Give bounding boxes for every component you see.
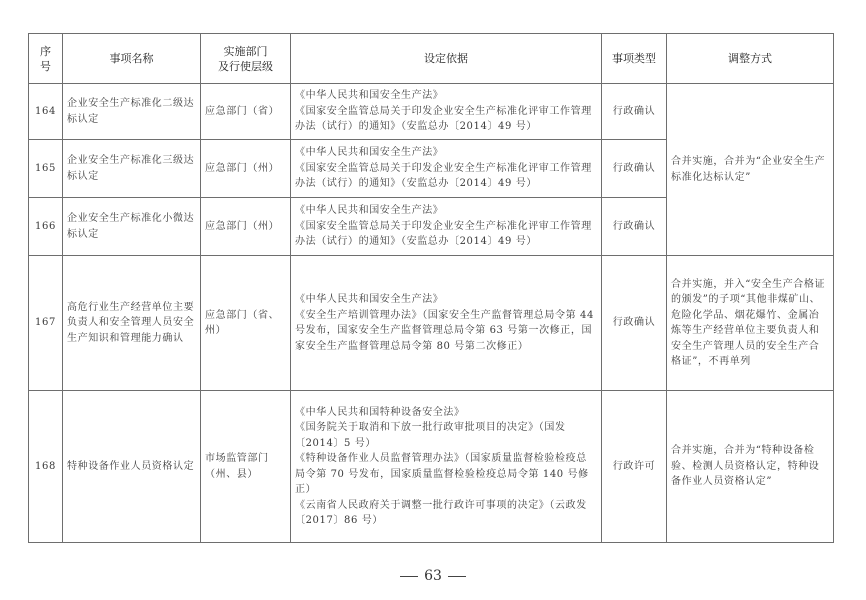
item-type: 行政确认 <box>602 140 667 198</box>
header-num: 序号 <box>29 34 63 84</box>
item-basis: 《中华人民共和国安全生产法》 《国家安全监管总局关于印发企业安全生产标准化评审工… <box>291 198 602 256</box>
item-type: 行政确认 <box>602 198 667 256</box>
table-row: 164 企业安全生产标准化二级达标认定 应急部门（省） 《中华人民共和国安全生产… <box>29 84 834 140</box>
header-basis: 设定依据 <box>291 34 602 84</box>
header-name: 事项名称 <box>63 34 201 84</box>
table-row: 167 高危行业生产经营单位主要负责人和安全管理人员安全生产知识和管理能力确认 … <box>29 256 834 391</box>
item-name: 高危行业生产经营单位主要负责人和安全管理人员安全生产知识和管理能力确认 <box>63 256 201 391</box>
item-name: 企业安全生产标准化三级达标认定 <box>63 140 201 198</box>
item-type: 行政确认 <box>602 256 667 391</box>
item-dept: 应急部门（省、州） <box>201 256 291 391</box>
item-name: 企业安全生产标准化二级达标认定 <box>63 84 201 140</box>
item-dept: 应急部门（省） <box>201 84 291 140</box>
page-number: 63 <box>424 568 442 584</box>
header-row: 序号 事项名称 实施部门及行使层级 设定依据 事项类型 调整方式 <box>29 34 834 84</box>
item-basis: 《中华人民共和国安全生产法》 《国家安全监管总局关于印发企业安全生产标准化评审工… <box>291 84 602 140</box>
item-type: 行政许可 <box>602 391 667 543</box>
item-adjust: 合并实施，并入“安全生产合格证的颁发”的子项“其他非煤矿山、危险化学品、烟花爆竹… <box>667 256 834 391</box>
item-name: 企业安全生产标准化小微达标认定 <box>63 198 201 256</box>
page-footer: 63 <box>0 568 866 584</box>
row-number: 164 <box>29 84 63 140</box>
item-adjust: 合并实施，合并为“特种设备检验、检测人员资格认定，特种设备作业人员资格认定” <box>667 391 834 543</box>
row-number: 167 <box>29 256 63 391</box>
item-basis: 《中华人民共和国安全生产法》 《国家安全监管总局关于印发企业安全生产标准化评审工… <box>291 140 602 198</box>
item-dept: 市场监管部门（州、县） <box>201 391 291 543</box>
header-dept: 实施部门及行使层级 <box>201 34 291 84</box>
item-dept: 应急部门（州） <box>201 198 291 256</box>
items-table: 序号 事项名称 实施部门及行使层级 设定依据 事项类型 调整方式 164 企业安… <box>28 33 834 543</box>
item-name: 特种设备作业人员资格认定 <box>63 391 201 543</box>
row-number: 165 <box>29 140 63 198</box>
item-adjust-merged: 合并实施，合并为“企业安全生产标准化达标认定” <box>667 84 834 256</box>
header-type: 事项类型 <box>602 34 667 84</box>
dash-right <box>448 576 466 577</box>
dash-left <box>400 576 418 577</box>
row-number: 168 <box>29 391 63 543</box>
header-adjust: 调整方式 <box>667 34 834 84</box>
item-basis: 《中华人民共和国特种设备安全法》 《国务院关于取消和下放一批行政审批项目的决定》… <box>291 391 602 543</box>
item-basis: 《中华人民共和国安全生产法》 《安全生产培训管理办法》（国家安全生产监督管理总局… <box>291 256 602 391</box>
item-type: 行政确认 <box>602 84 667 140</box>
row-number: 166 <box>29 198 63 256</box>
item-dept: 应急部门（州） <box>201 140 291 198</box>
table-row: 168 特种设备作业人员资格认定 市场监管部门（州、县） 《中华人民共和国特种设… <box>29 391 834 543</box>
